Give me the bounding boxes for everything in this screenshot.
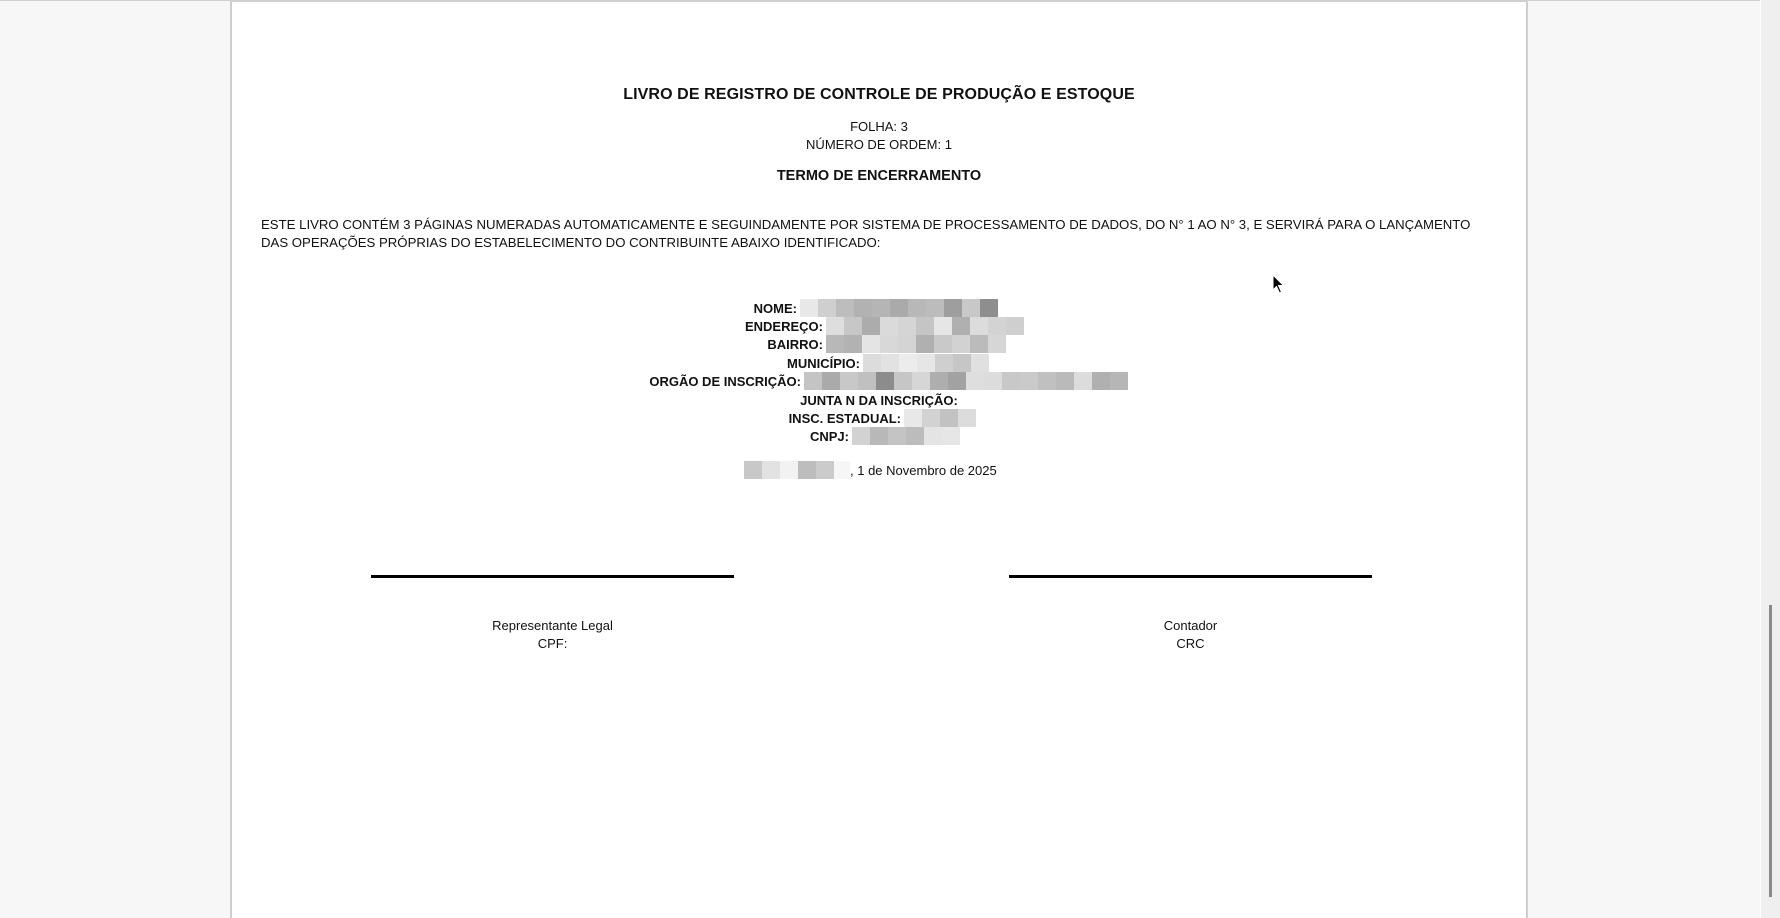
field-endereco: ENDEREÇO:	[232, 317, 823, 335]
section-title: TERMO DE ENCERRAMENTO	[232, 168, 1526, 184]
signature-id-crc: CRC	[1009, 636, 1372, 651]
redacted-value-endereco	[826, 317, 1024, 335]
scrollbar-thumb[interactable]	[1769, 605, 1772, 897]
redacted-value-insc-estadual	[904, 409, 976, 427]
field-label: NOME:	[754, 301, 797, 316]
vertical-scrollbar[interactable]	[1760, 0, 1780, 918]
folha-number: FOLHA: 3	[232, 119, 1526, 134]
field-label: BAIRRO:	[767, 337, 823, 352]
signature-role-representante: Representante Legal	[371, 618, 734, 633]
field-insc-estadual: INSC. ESTADUAL:	[232, 409, 901, 427]
signature-line-contador	[1009, 575, 1372, 578]
signature-id-cpf: CPF:	[371, 636, 734, 651]
redacted-value-nome	[800, 299, 998, 317]
field-cnpj: CNPJ:	[232, 427, 849, 445]
date-line: , 1 de Novembro de 2025	[744, 461, 997, 479]
document-page: LIVRO DE REGISTRO DE CONTROLE DE PRODUÇÃ…	[230, 1, 1528, 918]
redacted-value-orgao	[804, 372, 1128, 390]
field-orgao-inscricao: ORGÃO DE INSCRIÇÃO:	[232, 372, 801, 390]
mouse-pointer-icon	[1272, 274, 1286, 296]
field-label: CNPJ:	[810, 429, 849, 444]
document-viewer: LIVRO DE REGISTRO DE CONTROLE DE PRODUÇÃ…	[0, 0, 1760, 918]
redacted-value-cnpj	[852, 427, 960, 445]
field-label: MUNICÍPIO:	[787, 356, 860, 371]
date-text: , 1 de Novembro de 2025	[850, 463, 997, 478]
redacted-value-municipio	[863, 354, 989, 372]
field-junta-inscricao: JUNTA N DA INSCRIÇÃO:	[232, 391, 1526, 409]
numero-ordem: NÚMERO DE ORDEM: 1	[232, 137, 1526, 152]
document-title: LIVRO DE REGISTRO DE CONTROLE DE PRODUÇÃ…	[232, 86, 1526, 104]
field-bairro: BAIRRO:	[232, 335, 823, 353]
field-nome: NOME:	[232, 299, 797, 317]
field-label: JUNTA N DA INSCRIÇÃO:	[800, 393, 958, 408]
redacted-city	[744, 461, 850, 479]
field-municipio: MUNICÍPIO:	[232, 354, 860, 372]
field-label: INSC. ESTADUAL:	[789, 411, 901, 426]
redacted-value-bairro	[826, 335, 1006, 353]
closing-statement: ESTE LIVRO CONTÉM 3 PÁGINAS NUMERADAS AU…	[261, 216, 1501, 252]
signature-role-contador: Contador	[1009, 618, 1372, 633]
signature-line-representante	[371, 575, 734, 578]
field-label: ENDEREÇO:	[745, 319, 823, 334]
field-label: ORGÃO DE INSCRIÇÃO:	[649, 374, 801, 389]
